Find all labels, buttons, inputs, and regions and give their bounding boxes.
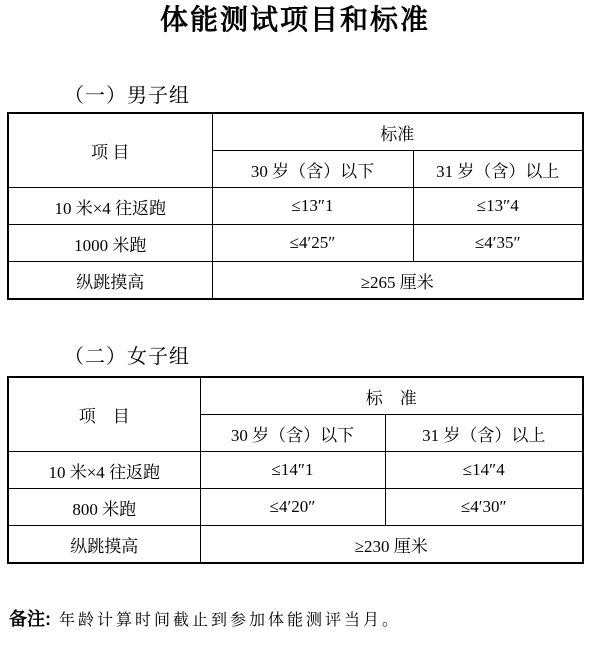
women-row-shuttle-run: 10 米×4 往返跑 ≤14″1 ≤14″4 (8, 452, 583, 489)
women-item-header-cell: 项 目 (8, 377, 200, 452)
men-row-distance-run: 1000 米跑 ≤4′25″ ≤4′35″ (8, 225, 583, 262)
men-vertical-jump-combined-cell: ≥265 厘米 (212, 262, 583, 300)
section-label-men: （一）男子组 (64, 85, 583, 107)
women-vertical-jump-item-cell: 纵跳摸高 (8, 526, 200, 564)
men-age-over-header-cell: 31 岁（含）以上 (413, 151, 583, 188)
women-vertical-jump-combined-cell: ≥230 厘米 (200, 526, 583, 564)
women-age-over-header-cell: 31 岁（含）以上 (385, 415, 583, 452)
men-age-under-header-cell: 30 岁（含）以下 (212, 151, 413, 188)
men-header-row-1: 项 目 标准 (8, 113, 583, 151)
men-shuttle-run-item-cell: 10 米×4 往返跑 (8, 188, 212, 225)
men-shuttle-run-over-cell: ≤13″4 (413, 188, 583, 225)
men-item-header-cell: 项 目 (8, 113, 212, 188)
men-distance-run-over-cell: ≤4′35″ (413, 225, 583, 262)
men-distance-run-item-cell: 1000 米跑 (8, 225, 212, 262)
document-page: 体能测试项目和标准 （一）男子组 项 目 标准 30 岁（含）以下 31 岁（含… (0, 2, 590, 632)
men-distance-run-under-cell: ≤4′25″ (212, 225, 413, 262)
women-standard-header-cell: 标 准 (200, 377, 583, 415)
women-row-vertical-jump: 纵跳摸高 ≥230 厘米 (8, 526, 583, 564)
women-distance-run-over-cell: ≤4′30″ (385, 489, 583, 526)
footnote-text: 年龄计算时间截止到参加体能测评当月。 (59, 612, 401, 629)
women-standards-table: 项 目 标 准 30 岁（含）以下 31 岁（含）以上 10 米×4 往返跑 ≤… (7, 376, 584, 564)
women-shuttle-run-under-cell: ≤14″1 (200, 452, 385, 489)
men-vertical-jump-item-cell: 纵跳摸高 (8, 262, 212, 300)
men-row-shuttle-run: 10 米×4 往返跑 ≤13″1 ≤13″4 (8, 188, 583, 225)
women-header-row-1: 项 目 标 准 (8, 377, 583, 415)
men-shuttle-run-under-cell: ≤13″1 (212, 188, 413, 225)
section-label-women: （二）女子组 (64, 346, 583, 368)
women-shuttle-run-over-cell: ≤14″4 (385, 452, 583, 489)
women-distance-run-item-cell: 800 米跑 (8, 489, 200, 526)
women-age-under-header-cell: 30 岁（含）以下 (200, 415, 385, 452)
men-standards-table: 项 目 标准 30 岁（含）以下 31 岁（含）以上 10 米×4 往返跑 ≤1… (7, 112, 584, 300)
page-title: 体能测试项目和标准 (7, 2, 583, 40)
women-distance-run-under-cell: ≤4′20″ (200, 489, 385, 526)
footnote: 备注:年龄计算时间截止到参加体能测评当月。 (9, 608, 583, 632)
women-shuttle-run-item-cell: 10 米×4 往返跑 (8, 452, 200, 489)
footnote-label: 备注: (9, 609, 51, 629)
men-standard-header-cell: 标准 (212, 113, 583, 151)
women-row-distance-run: 800 米跑 ≤4′20″ ≤4′30″ (8, 489, 583, 526)
men-row-vertical-jump: 纵跳摸高 ≥265 厘米 (8, 262, 583, 300)
